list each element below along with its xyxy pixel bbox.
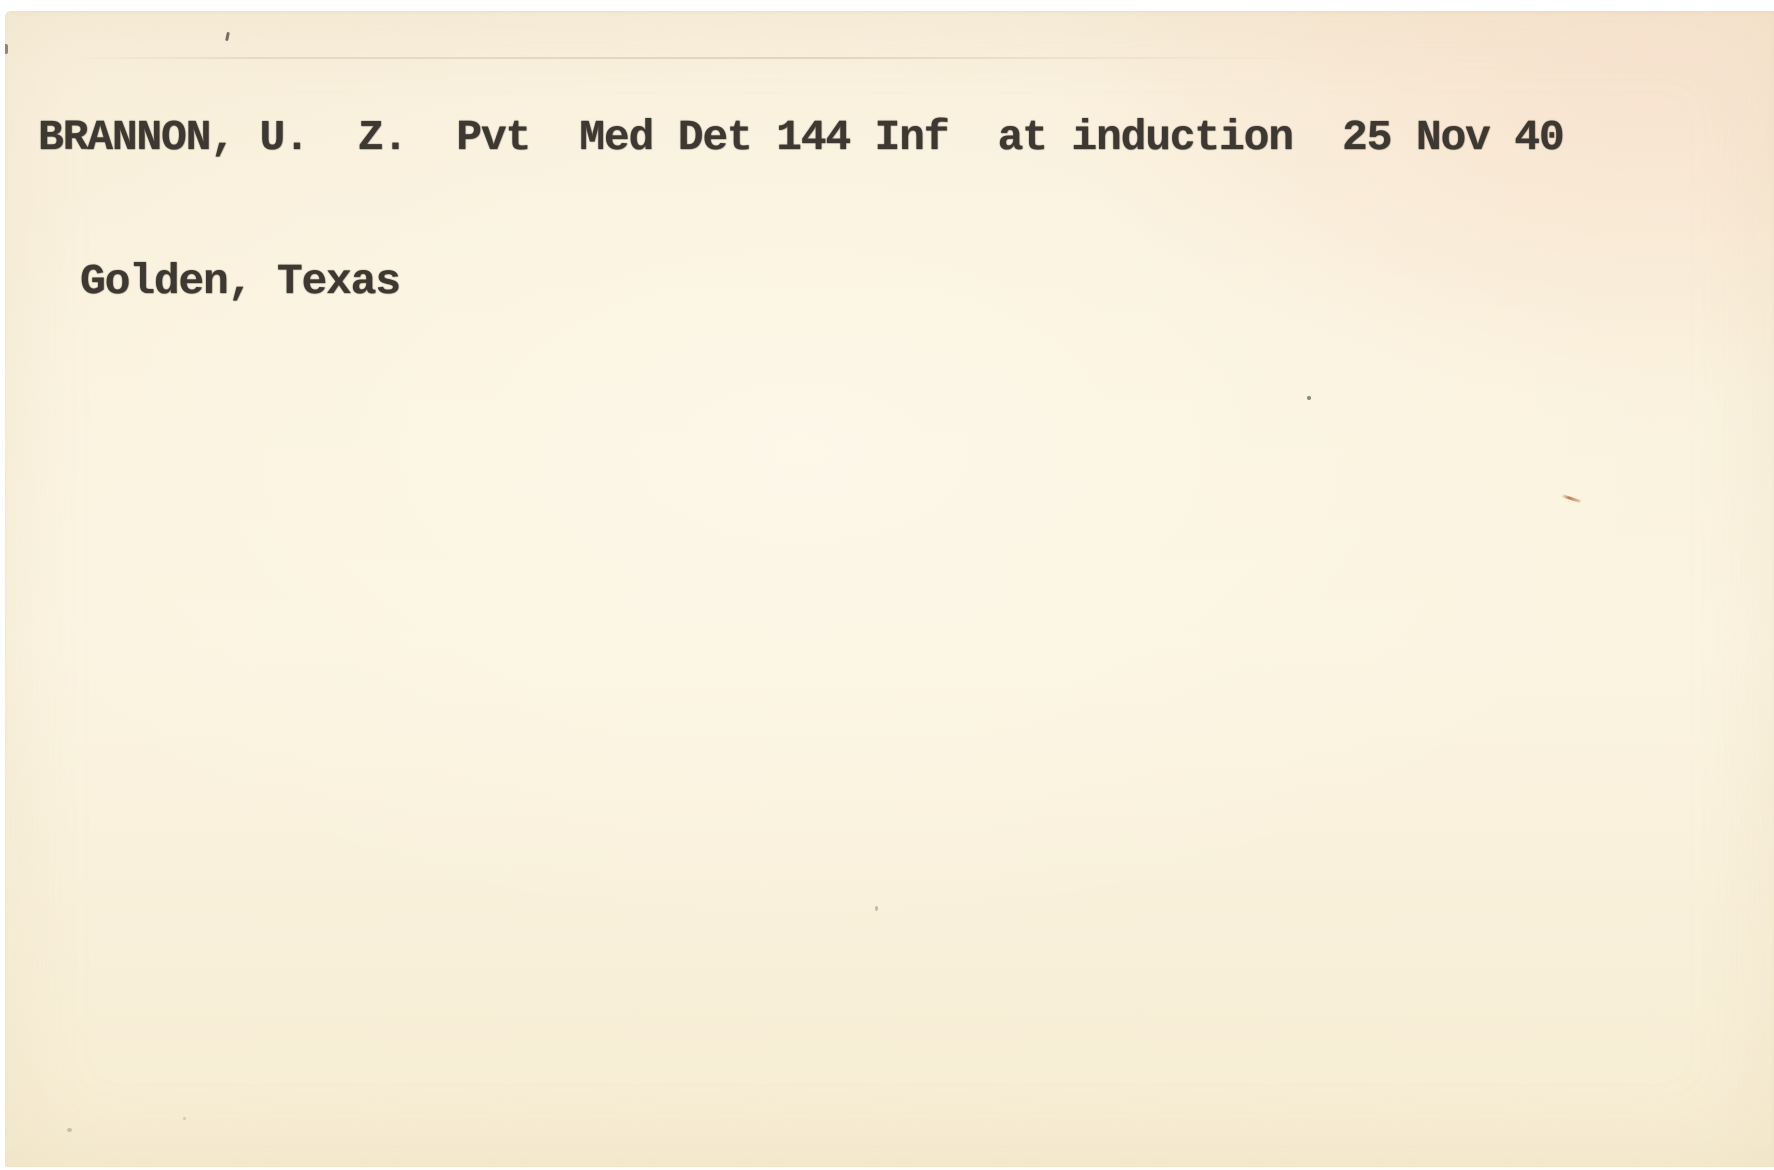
index-card: BRANNON, U. Z. Pvt Med Det 144 Inf at in…	[5, 11, 1774, 1167]
paper-speck	[1307, 396, 1311, 400]
typed-line-1: BRANNON, U. Z. Pvt Med Det 144 Inf at in…	[38, 114, 1563, 162]
paper-speck	[183, 1117, 186, 1120]
typed-text-block: BRANNON, U. Z. Pvt Med Det 144 Inf at in…	[38, 18, 1563, 402]
typed-line-2: Golden, Texas	[38, 258, 1563, 306]
paper-speck	[875, 906, 878, 911]
left-edge-ink-mark	[5, 44, 8, 54]
paper-speck	[67, 1128, 72, 1132]
scanner-background: BRANNON, U. Z. Pvt Med Det 144 Inf at in…	[0, 0, 1774, 1170]
red-fiber-mark	[1561, 494, 1581, 503]
